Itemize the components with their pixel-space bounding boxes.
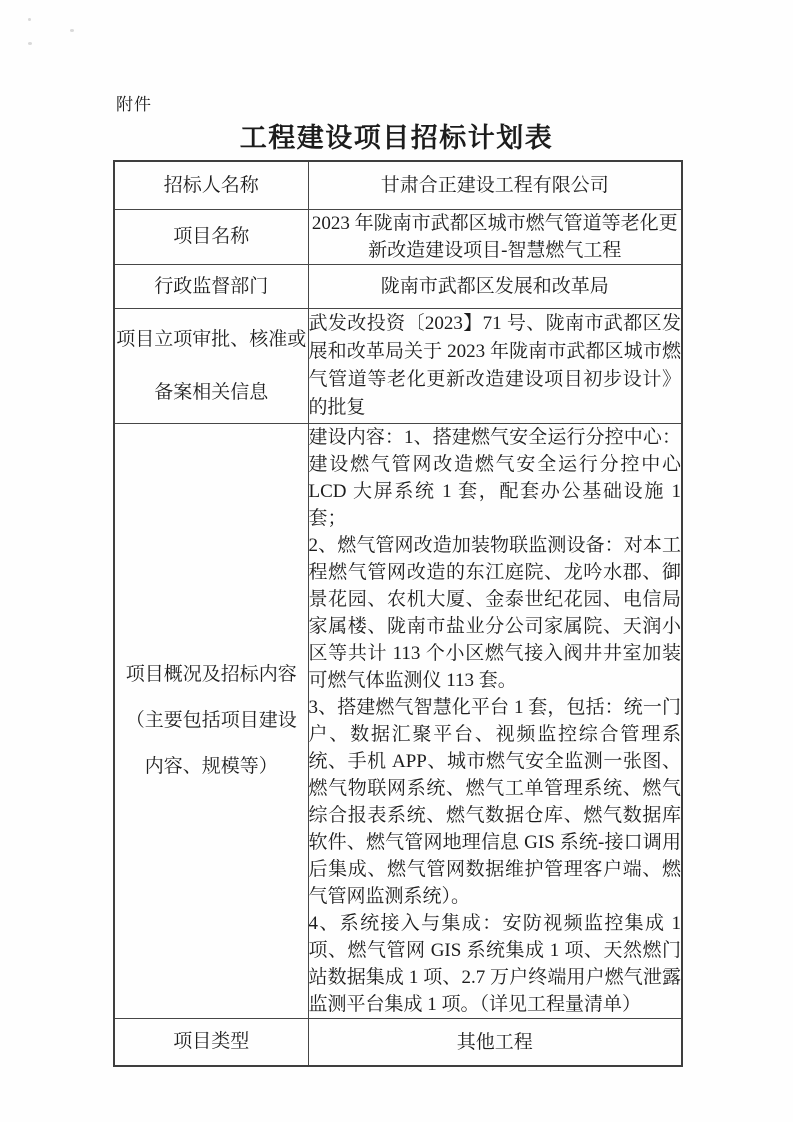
scan-artifact — [28, 18, 31, 21]
table-row-approval-info: 项目立项审批、核准或 备案相关信息 武发改投资〔2023】71 号、陇南市武都区… — [114, 309, 682, 424]
row-label: 项目概况及招标内容 （主要包括项目建设 内容、规模等） — [114, 424, 308, 1019]
table-row-supervising-department: 行政监督部门 陇南市武都区发展和改革局 — [114, 265, 682, 309]
row-label-line: 项目立项审批、核准或 — [115, 313, 308, 366]
row-value-text: 武发改投资〔2023】71 号、陇南市武都区发展和改革局关于 2023 年陇南市… — [309, 310, 682, 422]
row-label: 项目名称 — [114, 210, 308, 265]
row-label: 行政监督部门 — [114, 265, 308, 309]
row-value: 武发改投资〔2023】71 号、陇南市武都区发展和改革局关于 2023 年陇南市… — [308, 309, 682, 424]
row-value: 其他工程 — [308, 1019, 682, 1067]
scan-artifact — [70, 29, 74, 32]
document-title: 工程建设项目招标计划表 — [0, 116, 793, 155]
row-label: 项目立项审批、核准或 备案相关信息 — [114, 309, 308, 424]
table-row-project-overview: 项目概况及招标内容 （主要包括项目建设 内容、规模等） 建设内容：1、搭建燃气安… — [114, 424, 682, 1019]
row-value: 建设内容：1、搭建燃气安全运行分控中心：建设燃气管网改造燃气安全运行分控中心 L… — [308, 424, 682, 1019]
overview-paragraph-1: 建设内容：1、搭建燃气安全运行分控中心：建设燃气管网改造燃气安全运行分控中心 L… — [309, 424, 682, 532]
document-page: 附件 工程建设项目招标计划表 招标人名称 甘肃合正建设工程有限公司 项目名称 2… — [0, 0, 793, 1122]
row-label-line: 备案相关信息 — [115, 366, 308, 419]
attachment-label: 附件 — [116, 90, 152, 115]
row-label: 招标人名称 — [114, 161, 308, 210]
overview-paragraph-4: 4、系统接入与集成：安防视频监控集成 1 项、燃气管网 GIS 系统集成 1 项… — [309, 910, 682, 1018]
row-label-line: 项目概况及招标内容 — [115, 652, 308, 698]
row-label-line: 内容、规模等） — [115, 744, 308, 790]
table-row-project-name: 项目名称 2023 年陇南市武都区城市燃气管道等老化更新改造建设项目-智慧燃气工… — [114, 210, 682, 265]
row-label: 项目类型 — [114, 1019, 308, 1067]
bidding-plan-table: 招标人名称 甘肃合正建设工程有限公司 项目名称 2023 年陇南市武都区城市燃气… — [113, 160, 683, 1067]
row-label-line: （主要包括项目建设 — [115, 698, 308, 744]
table-row-project-type: 项目类型 其他工程 — [114, 1019, 682, 1067]
row-value: 甘肃合正建设工程有限公司 — [308, 161, 682, 210]
row-value: 2023 年陇南市武都区城市燃气管道等老化更新改造建设项目-智慧燃气工程 — [308, 210, 682, 265]
row-value: 陇南市武都区发展和改革局 — [308, 265, 682, 309]
overview-paragraph-3: 3、搭建燃气智慧化平台 1 套，包括：统一门户、数据汇聚平台、视频监控综合管理系… — [309, 694, 682, 910]
table-row-bidder-name: 招标人名称 甘肃合正建设工程有限公司 — [114, 161, 682, 210]
overview-paragraph-2: 2、燃气管网改造加装物联监测设备：对本工程燃气管网改造的东江庭院、龙吟水郡、御景… — [309, 532, 682, 694]
scan-artifact — [28, 42, 32, 45]
